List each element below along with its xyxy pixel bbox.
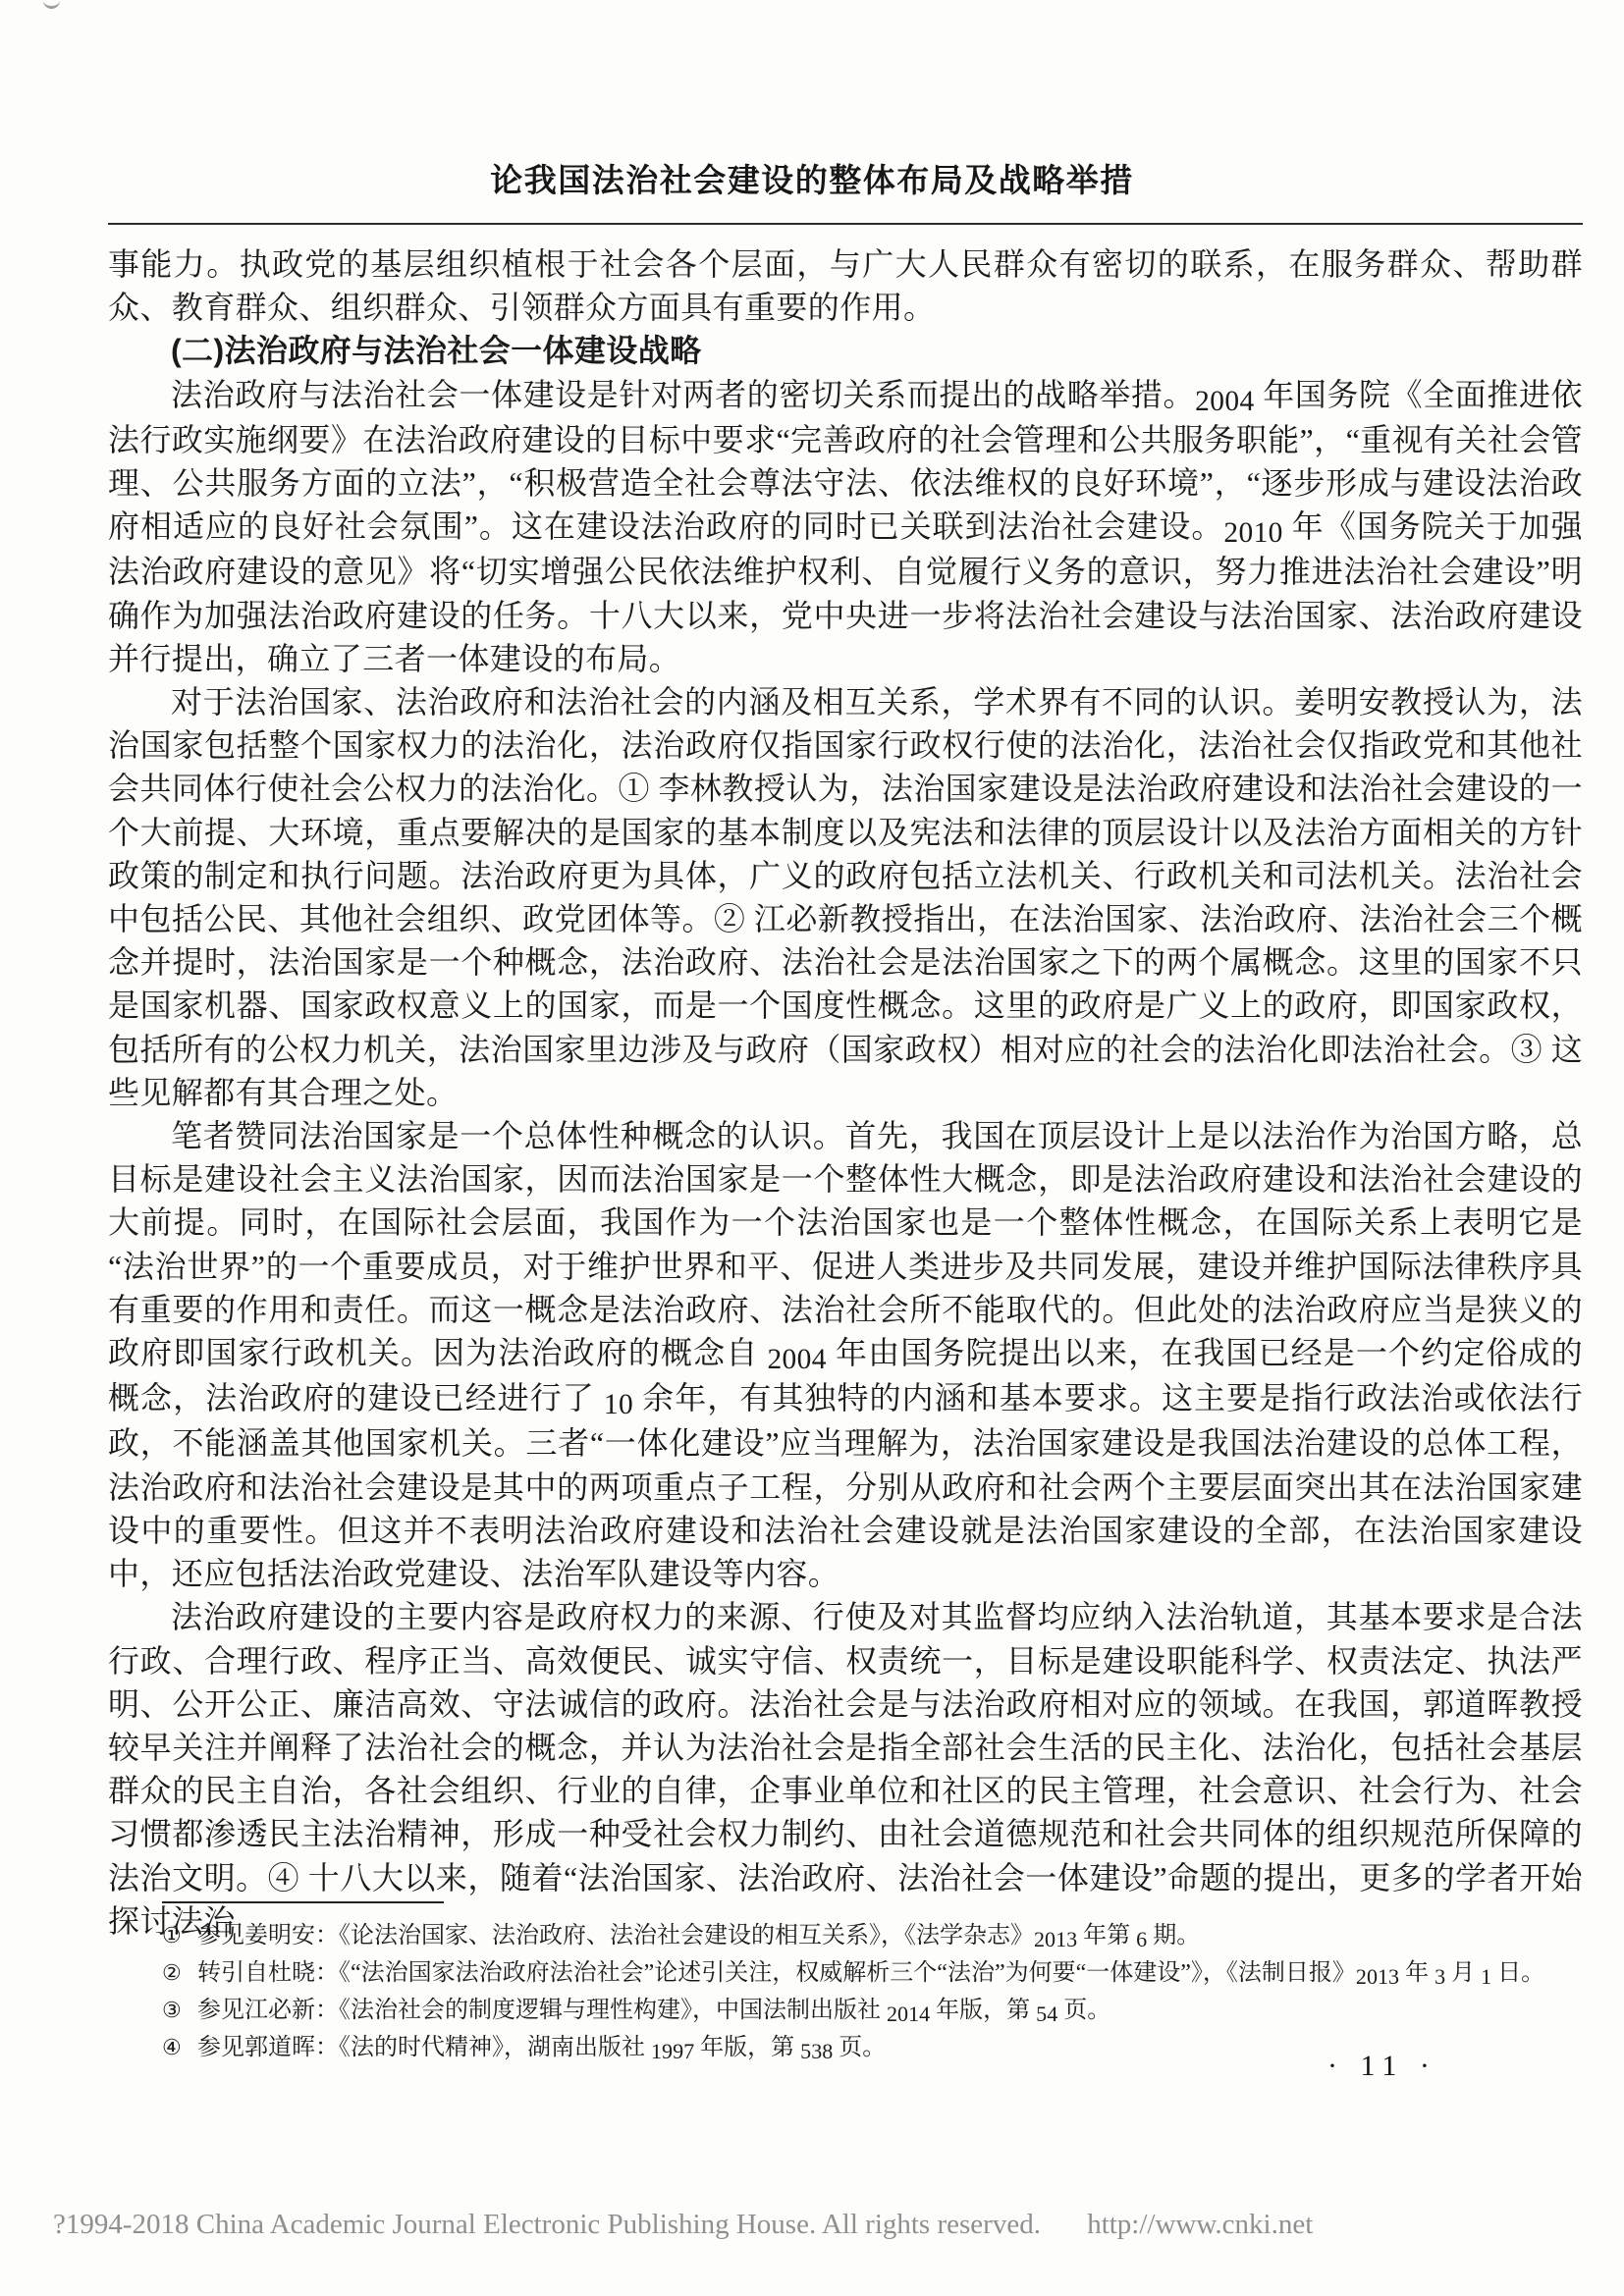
footnote-item: ① 参见姜明安：《论法治国家、法治政府、法治社会建设的相互关系》，《法学杂志》2… <box>162 1917 1605 1954</box>
article-title: 论我国法治社会建设的整体布局及战略举措 <box>0 155 1624 201</box>
paragraph: 法治政府与法治社会一体建设是针对两者的密切关系而提出的战略举措。2004 年国务… <box>108 373 1583 680</box>
article-body: 事能力。执政党的基层组织植根于社会各个层面，与广大人民群众有密切的联系，在服务群… <box>108 242 1583 1943</box>
footnote-text: 参见姜明安：《论法治国家、法治政府、法治社会建设的相互关系》，《法学杂志》201… <box>197 1917 1605 1954</box>
footnote-text: 转引自杜晓：《“法治国家法治政府法治社会”论述引关注，权威解析三个“法治”为何要… <box>197 1954 1605 1992</box>
paragraph: 事能力。执政党的基层组织植根于社会各个层面，与广大人民群众有密切的联系，在服务群… <box>108 242 1583 329</box>
cnki-url: http://www.cnki.net <box>1087 2209 1313 2240</box>
footnotes-block: ① 参见姜明安：《论法治国家、法治政府、法治社会建设的相互关系》，《法学杂志》2… <box>162 1917 1605 2066</box>
journal-page: 论我国法治社会建设的整体布局及战略举措 事能力。执政党的基层组织植根于社会各个层… <box>0 0 1624 2296</box>
scan-artifact-glyph <box>43 0 60 9</box>
paragraph: 对于法治国家、法治政府和法治社会的内涵及相互关系，学术界有不同的认识。姜明安教授… <box>108 680 1583 1114</box>
header-rule <box>108 223 1583 225</box>
footnote-separator-rule <box>162 1901 444 1903</box>
footnote-text: 参见江必新：《法治社会的制度逻辑与理性构建》，中国法制出版社 2014 年版，第… <box>197 1992 1605 2029</box>
footnote-item: ② 转引自杜晓：《“法治国家法治政府法治社会”论述引关注，权威解析三个“法治”为… <box>162 1954 1605 1992</box>
paragraph: (二)法治政府与法治社会一体建设战略 <box>108 329 1583 372</box>
watermark: ?1994-2018 China Academic Journal Electr… <box>53 2209 1313 2241</box>
footnote-marker: ③ <box>162 1992 197 2029</box>
footnote-marker: ① <box>162 1917 197 1954</box>
paragraph: 笔者赞同法治国家是一个总体性种概念的认识。首先，我国在顶层设计上是以法治作为治国… <box>108 1114 1583 1595</box>
copyright-text: ?1994-2018 China Academic Journal Electr… <box>53 2209 1041 2240</box>
paragraph: 法治政府建设的主要内容是政府权力的来源、行使及对其监督均应纳入法治轨道，其基本要… <box>108 1595 1583 1943</box>
footnote-marker: ④ <box>162 2029 197 2066</box>
page-number: · 11 · <box>1327 2050 1437 2083</box>
footnote-marker: ② <box>162 1954 197 1992</box>
footnote-item: ③ 参见江必新：《法治社会的制度逻辑与理性构建》，中国法制出版社 2014 年版… <box>162 1992 1605 2029</box>
